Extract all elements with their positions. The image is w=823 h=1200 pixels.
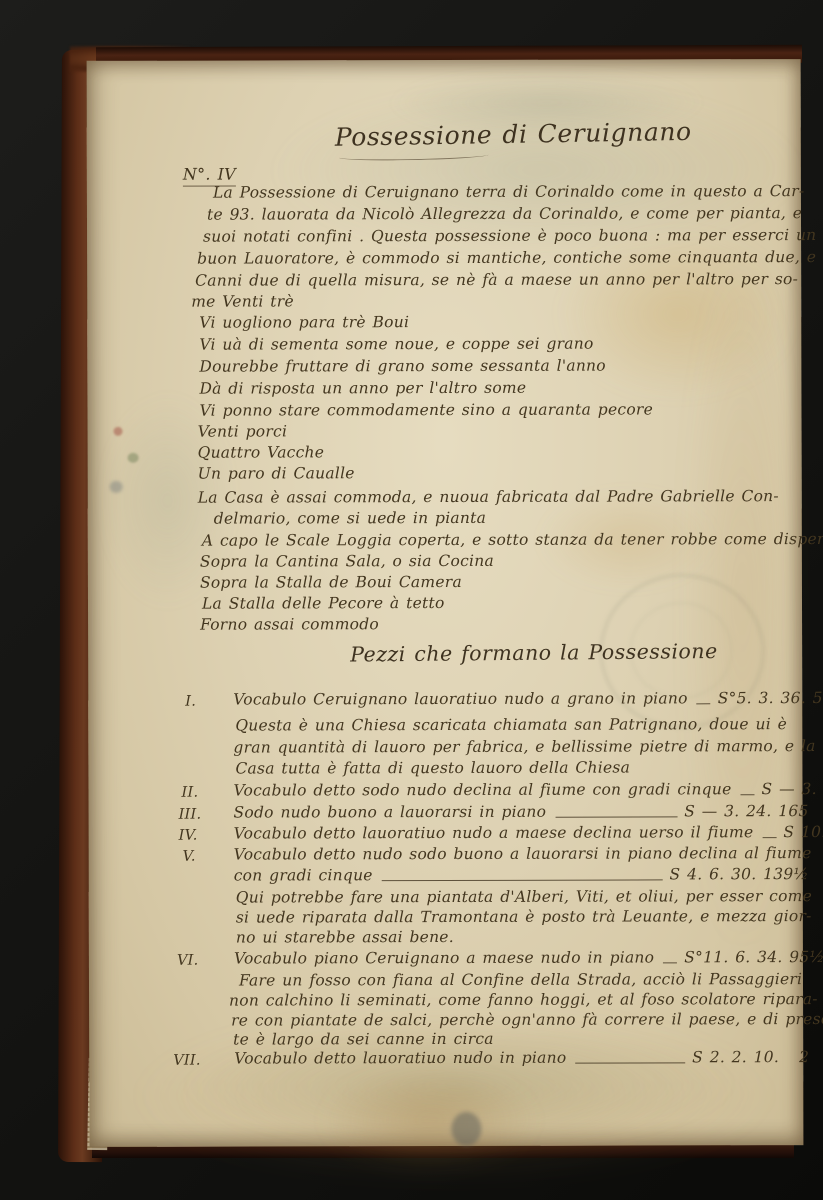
manuscript-line: Dourebbe fruttare di grano some sessanta… <box>199 359 606 376</box>
entry-text: Vocabulo detto sodo nudo declina al fium… <box>233 782 731 799</box>
manuscript-line: si uede riparata dalla Tramontana è post… <box>236 909 812 926</box>
manuscript-line: Dà di risposta un anno per l'altro some <box>199 381 526 397</box>
entry-text: Vocabulo detto lauoratiuo nudo in piano <box>234 1051 566 1067</box>
entry-text: Vocabulo piano Ceruignano a maese nudo i… <box>234 950 654 967</box>
folio-label: N°. IV <box>183 167 236 184</box>
manuscript-line: te è largo da sei canne in circa <box>233 1032 494 1048</box>
entry-text: Sodo nudo buono a lauorarsi in piano <box>234 805 547 821</box>
manuscript-line: delmario, come si uede in pianta <box>214 511 486 527</box>
ink-blot <box>451 1112 481 1146</box>
entry-value: S 4. 6. 30. 139½ <box>670 867 809 883</box>
entry-row: con gradi cinque S 4. 6. 30. 139½ <box>234 867 809 884</box>
leader-line <box>697 703 711 704</box>
leader-line <box>762 837 776 838</box>
manuscript-line: Vi uà di sementa some noue, e coppe sei … <box>199 337 593 354</box>
manuscript-line: suoi notati confini . Questa possessione… <box>203 228 816 245</box>
manuscript-line: Qui potrebbe fare una piantata d'Alberi,… <box>236 889 812 906</box>
manuscript-line: te 93. lauorata da Nicolò Allegrezza da … <box>207 206 802 223</box>
manuscript-line: Sopra la Cantina Sala, o sia Cocina <box>200 554 494 570</box>
manuscript-line: La Possessione di Ceruignano terra di Co… <box>213 184 805 201</box>
section-heading: Pezzi che formano la Possessione <box>350 641 718 665</box>
manuscript-line: Quattro Vacche <box>198 445 325 461</box>
manuscript-line: re con piantate de salci, perchè ogn'ann… <box>231 1012 823 1029</box>
page-title: Possessione di Ceruignano <box>335 119 692 150</box>
manuscript-page: Possessione di Ceruignano N°. IV La Poss… <box>87 59 804 1147</box>
entry-numeral: IV. <box>179 829 198 844</box>
leader-line <box>555 816 677 817</box>
manuscript-line: La Stalla delle Pecore à tetto <box>202 596 445 612</box>
entry-numeral: II. <box>181 786 198 801</box>
leader-line <box>663 962 677 963</box>
entry-row: Vocabulo Ceruignano lauoratiuo nudo a gr… <box>233 691 808 708</box>
leader-line <box>575 1062 685 1063</box>
entry-value: S — 3. 47. 67½ <box>761 782 823 798</box>
manuscript-line: Un paro di Caualle <box>198 466 355 482</box>
manuscript-line: buon Lauoratore, è commodo si mantiche, … <box>197 250 816 267</box>
entry-text: Vocabulo Ceruignano lauoratiuo nudo a gr… <box>233 691 687 708</box>
entry-text: Vocabulo detto nudo sodo buono a lauorar… <box>234 846 812 863</box>
entry-numeral: I. <box>185 695 196 710</box>
entry-text: con gradi cinque <box>234 868 373 884</box>
pigment-speck <box>128 453 139 463</box>
entry-value: S 10. 2. 17. 77½ <box>783 825 823 841</box>
entry-row: Vocabulo detto lauoratiuo nudo in piano … <box>234 1050 809 1067</box>
entry-row: Vocabulo detto sodo nudo declina al fium… <box>233 782 808 799</box>
entry-numeral: V. <box>183 850 196 865</box>
manuscript-line: La Casa è assai commoda, e nuoua fabrica… <box>198 489 779 506</box>
manuscript-line: Vi ponno stare commodamente sino a quara… <box>199 402 653 419</box>
entry-numeral: VII. <box>173 1054 201 1069</box>
entry-row: Sodo nudo buono a lauorarsi in piano S —… <box>234 804 809 821</box>
manuscript-line: Venti porci <box>198 424 288 440</box>
leader-line <box>382 879 663 881</box>
manuscript-line: Vi uogliono para trè Boui <box>199 315 409 331</box>
entry-value: S 2. 2. 10. 2 <box>692 1050 809 1066</box>
entry-value: S — 3. 24. 165 <box>684 804 808 820</box>
entry-numeral: VI. <box>177 954 199 969</box>
manuscript-line: Fare un fosso con fiana al Confine della… <box>239 972 802 989</box>
photographed-manuscript: Possessione di Ceruignano N°. IV La Poss… <box>0 0 823 1200</box>
manuscript-line: Casa tutta è fatta di questo lauoro dell… <box>235 761 630 778</box>
leader-line <box>741 794 755 795</box>
manuscript-line: no ui starebbe assai bene. <box>236 930 454 946</box>
manuscript-line: gran quantità di lauoro per fabrica, e b… <box>233 739 815 756</box>
manuscript-line: A capo le Scale Loggia coperta, e sotto … <box>202 532 823 549</box>
parchment-stain <box>319 1065 539 1176</box>
manuscript-line: Questa è una Chiesa scaricata chiamata s… <box>235 717 787 734</box>
entry-value: S°5. 3. 36. 50 <box>718 691 823 707</box>
entry-text: Vocabulo detto lauoratiuo nudo a maese d… <box>234 825 754 842</box>
entry-value: S°11. 6. 34. 95½ <box>684 950 823 966</box>
manuscript-line: Forno assai commodo <box>200 617 379 633</box>
entry-row: Vocabulo piano Ceruignano a maese nudo i… <box>234 950 809 967</box>
manuscript-line: Canni due di quella misura, se nè fà a m… <box>195 272 798 289</box>
pigment-speck <box>110 481 123 493</box>
manuscript-line: me Venti trè <box>191 294 294 310</box>
manuscript-line: non calchino li seminati, come fanno hog… <box>229 992 818 1009</box>
title-flourish <box>339 151 489 162</box>
entry-numeral: III. <box>179 808 202 823</box>
pigment-speck <box>114 427 123 436</box>
entry-row: Vocabulo detto lauoratiuo nudo a maese d… <box>234 825 809 842</box>
manuscript-line: Sopra la Stalla de Boui Camera <box>200 575 462 591</box>
